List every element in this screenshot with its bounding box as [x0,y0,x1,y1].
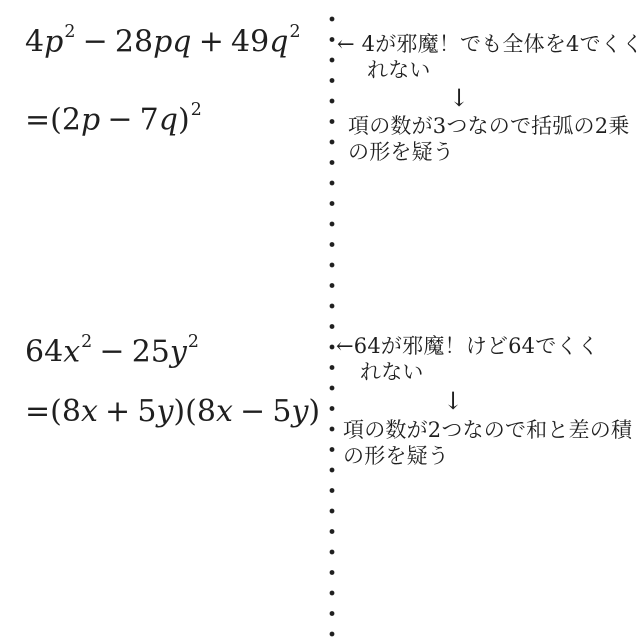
problem1-result: =(2p−7q)2 [25,100,202,137]
math-segment: − [75,24,115,59]
note1-observation-wrap: れない [337,57,637,83]
math-segment: − [233,394,273,429]
math-segment: x [216,394,233,429]
math-segment: q [269,24,288,59]
note2-hint-line: 項の数が2つなので和と差の積 [336,417,636,443]
math-segment: x [63,334,80,369]
note1-observation-line: ← 4が邪魔！でも全体を4でくく [337,31,637,57]
math-segment: 49 [231,24,269,59]
math-segment: x [81,394,98,429]
note1-hint-line: 項の数が3つなので括弧の2乗 [337,113,637,139]
math-segment: 5 [137,394,156,429]
math-segment: 7 [140,102,159,137]
math-segment: 8 [62,394,81,429]
math-segment: + [98,394,138,429]
problem2-expression: 64x2−25y2 [25,332,199,369]
note2-observation-line: ←64が邪魔！けど64でくく [336,333,636,359]
math-segment: 25 [132,334,170,369]
math-segment: p [81,102,100,137]
math-segment: 2 [289,22,300,42]
vertical-dotted-divider [329,16,335,638]
math-segment: ) [308,394,320,429]
math-segment: 2 [64,22,75,42]
note1-hint-wrap: の形を疑う [337,139,637,165]
math-segment: pq [153,24,191,59]
note-problem2: ←64が邪魔！けど64でくく れない ↓ 項の数が2つなので和と差の積 の形を疑… [336,333,636,469]
note-problem1: ← 4が邪魔！でも全体を4でくく れない ↓ 項の数が3つなので括弧の2乗 の形… [337,31,637,165]
math-segment: y [170,334,187,369]
note2-hint-wrap: の形を疑う [336,443,636,469]
math-segment: p [44,24,63,59]
math-segment: 2 [62,102,81,137]
note1-down-arrow-icon: ↓ [337,83,637,113]
math-segment: y [291,394,308,429]
math-segment: − [100,102,140,137]
note2-down-arrow-icon: ↓ [336,385,636,417]
note2-observation-wrap: れない [336,359,636,385]
math-segment: =( [25,102,62,137]
math-segment: − [92,334,132,369]
math-segment: 4 [25,24,44,59]
problem1-expression: 4p2−28pq+49q2 [25,22,301,59]
math-segment: ) [178,102,190,137]
math-segment: 2 [191,100,202,120]
math-segment: + [192,24,232,59]
math-segment: 28 [115,24,153,59]
math-segment: 64 [25,334,63,369]
problem2-result: =(8x+5y)(8x−5y) [25,394,320,429]
math-segment: 5 [272,394,291,429]
math-segment: =( [25,394,62,429]
math-segment: 2 [81,332,92,352]
math-segment: )( [173,394,196,429]
worksheet-page: 4p2−28pq+49q2 =(2p−7q)2 64x2−25y2 =(8x+5… [0,0,640,640]
math-segment: y [156,394,173,429]
math-segment: q [159,102,178,137]
math-segment: 2 [188,332,199,352]
math-segment: 8 [197,394,216,429]
